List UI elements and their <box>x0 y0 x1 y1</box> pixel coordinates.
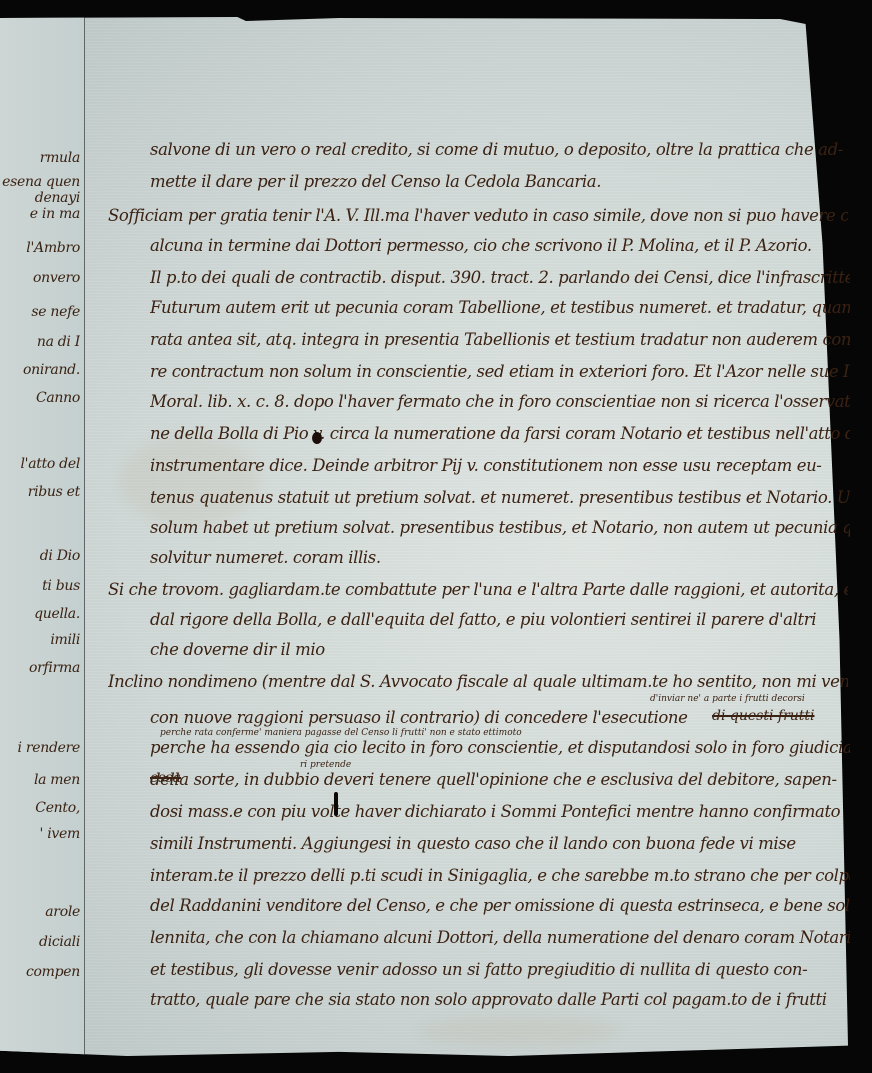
margin-fragment: e in ma <box>0 206 80 222</box>
interlinear-note: perche rata conferme' maniera pagasse de… <box>160 728 522 738</box>
margin-fragment: rmula <box>0 150 80 166</box>
manuscript-line: che doverne dir il mio <box>150 640 850 659</box>
margin-fragment: ribus et <box>0 484 80 500</box>
manuscript-line: della sorte, in dubbio deveri tenere que… <box>150 770 850 789</box>
manuscript-line: instrumentare dice. Deinde arbitror Pij … <box>150 456 850 475</box>
struck-through-text: essa <box>150 770 181 786</box>
margin-fragment: denayi <box>0 190 80 206</box>
manuscript-line: mette il dare per il prezzo del Censo la… <box>150 172 850 191</box>
manuscript-line: simili Instrumenti. Aggiungesi in questo… <box>150 834 850 853</box>
manuscript-line: salvone di un vero o real credito, si co… <box>150 140 850 159</box>
paper-stain <box>120 436 260 526</box>
manuscript-line: dal rigore della Bolla, e dall'equita de… <box>150 610 850 629</box>
margin-fragment: na di I <box>0 334 80 350</box>
manuscript-line: del Raddanini venditore del Censo, e che… <box>150 896 850 915</box>
margin-fragment: compen <box>0 964 80 980</box>
margin-fragment: l'Ambro <box>0 240 80 256</box>
manuscript-line: Si che trovom. gagliardam.te combattute … <box>108 580 848 599</box>
margin-fragment: ti bus <box>0 578 80 594</box>
margin-fragment: diciali <box>0 934 80 950</box>
previous-page-edge <box>0 16 85 1056</box>
manuscript-line: Futurum autem erit ut pecunia coram Tabe… <box>150 298 850 317</box>
margin-fragment: onirand. <box>0 362 80 378</box>
margin-fragment: l'atto del <box>0 456 80 472</box>
manuscript-line: dosi mass.e con piu volte haver dichiara… <box>150 802 850 821</box>
manuscript-line: solvitur numeret. coram illis. <box>150 548 850 567</box>
margin-fragment: i rendere <box>0 740 80 756</box>
margin-fragment: se nefe <box>0 304 80 320</box>
manuscript-line: perche ha essendo gia cio lecito in foro… <box>150 738 850 757</box>
manuscript-line: Moral. lib. x. c. 8. dopo l'haver fermat… <box>150 392 850 411</box>
margin-fragment: Canno <box>0 390 80 406</box>
paper-stain <box>420 1016 620 1046</box>
margin-fragment: esena quen <box>0 174 80 190</box>
manuscript-line: tratto, quale pare che sia stato non sol… <box>150 990 850 1009</box>
margin-fragment: di Dio <box>0 548 80 564</box>
manuscript-line: et testibus, gli dovesse venir adosso un… <box>150 960 850 979</box>
struck-through-text: di questi frutti <box>712 708 815 724</box>
manuscript-line: Inclino nondimeno (mentre dal S. Avvocat… <box>108 672 848 691</box>
manuscript-line: tenus quatenus statuit ut pretium solvat… <box>150 488 850 507</box>
margin-fragment: orfirma <box>0 660 80 676</box>
interlinear-note: ri pretende <box>300 760 351 770</box>
manuscript-line: rata antea sit, atq. integra in presenti… <box>150 330 850 349</box>
margin-fragment: ' ivem <box>0 826 80 842</box>
margin-fragment: quella. <box>0 606 80 622</box>
manuscript-line: Il p.to dei quali de contractib. disput.… <box>150 268 850 287</box>
manuscript-line: re contractum non solum in conscientie, … <box>150 362 850 381</box>
margin-fragment: arole <box>0 904 80 920</box>
margin-fragment: imili <box>0 632 80 648</box>
manuscript-line: lennita, che con la chiamano alcuni Dott… <box>150 928 850 947</box>
fold-line <box>84 16 85 1056</box>
manuscript-line: interam.te il prezzo delli p.ti scudi in… <box>150 866 850 885</box>
manuscript-line: ne della Bolla di Pio v. circa la numera… <box>150 424 850 443</box>
interlinear-note: d'inviar ne' a parte i frutti decorsi <box>650 694 805 704</box>
ink-blot <box>312 432 322 444</box>
margin-fragment: Cento, <box>0 800 80 816</box>
paper-hole <box>334 792 338 816</box>
margin-fragment: onvero <box>0 270 80 286</box>
manuscript-line: solum habet ut pretium solvat. presentib… <box>150 518 850 537</box>
manuscript-line: Sofficiam per gratia tenir l'A. V. Ill.m… <box>108 206 848 225</box>
margin-fragment: la men <box>0 772 80 788</box>
manuscript-line: alcuna in termine dai Dottori permesso, … <box>150 236 850 255</box>
